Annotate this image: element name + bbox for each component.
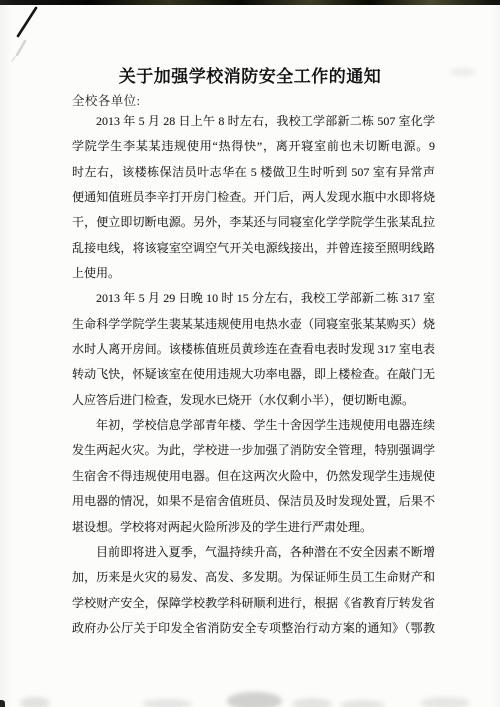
text-line: 政府办公厅关于印发全省消防安全专项整治行动方案的通知》（鄂教 <box>72 616 435 641</box>
text-line: 人应答后进门检查，发现水已烧开（水仅剩小半），便切断电源。 <box>72 388 435 413</box>
text-line: 生宿舍不得违规使用电器。但在这两次火险中，仍然发现学生违规使 <box>72 464 435 489</box>
salutation: 全校各单位: <box>72 91 140 109</box>
corner-ink-mark <box>0 700 5 707</box>
scan-smudge <box>142 699 192 707</box>
document-title: 关于加强学校消防安全工作的通知 <box>0 62 500 87</box>
text-line: 生命科学学院学生裴某某违规使用电热水壶（同寝室张某某购买）烧 <box>72 312 435 337</box>
text-line: 用电器的情况，如果不是宿舍值班员、保洁员及时发现处置，后果不 <box>72 489 435 514</box>
text-line: 转动飞快，怀疑该室在使用违规大功率电器，即上楼检查。在敲门无 <box>72 362 435 387</box>
scan-smudge <box>20 697 50 707</box>
text-line: 水时人离开房间。该楼栋值班员黄珍连在查看电表时发现 317 室电表 <box>72 337 435 362</box>
scan-smudge <box>227 692 282 707</box>
scanner-edge-artifact <box>0 0 500 5</box>
text-line: 时左右，该楼栋保洁员叶志华在 5 楼做卫生时听到 507 室有异常声音， <box>72 160 435 185</box>
paragraph: 2013 年 5 月 29 日晚 10 时 15 分左右，我校工学部新二栋 31… <box>72 286 435 413</box>
text-line: 目前即将进入夏季，气温持续升高，各种潜在不安全因素不断增 <box>72 540 435 565</box>
text-line: 年初，学校信息学部青年楼、学生十舍因学生违规使用电器连续 <box>72 413 435 438</box>
scan-smudge <box>292 698 332 707</box>
text-line: 干，便立即切断电源。另外，李某还与同寝室化学学院学生张某乱拉 <box>72 210 435 235</box>
paragraph: 2013 年 5 月 28 日上午 8 时左右，我校工学部新二栋 507 室化学… <box>72 109 435 286</box>
text-line: 堪设想。学校将对两起火险所涉及的学生进行严肃处理。 <box>72 515 435 540</box>
pen-mark <box>8 4 56 62</box>
text-line: 发生两起火灾。为此，学校进一步加强了消防安全管理，特别强调学 <box>72 438 435 463</box>
scan-smudge <box>340 700 385 707</box>
scanned-document-page: 关于加强学校消防安全工作的通知 全校各单位: 2013 年 5 月 28 日上午… <box>0 0 500 707</box>
document-body: 2013 年 5 月 28 日上午 8 时左右，我校工学部新二栋 507 室化学… <box>72 109 435 641</box>
text-line: 2013 年 5 月 28 日上午 8 时左右，我校工学部新二栋 507 室化学 <box>72 109 435 134</box>
text-line: 乱接电线，将该寝室空调空气开关电源线接出，并曾连接至照明线路 <box>72 236 435 261</box>
text-line: 学校财产安全，保障学校教学科研顺利进行，根据《省教育厅转发省 <box>72 591 435 616</box>
text-line: 便通知值班员李辛打开房门检查。开门后，两人发现水瓶中水即将烧 <box>72 185 435 210</box>
paragraph: 目前即将进入夏季，气温持续升高，各种潜在不安全因素不断增加，历来是火灾的易发、高… <box>72 540 435 641</box>
scan-smudge <box>420 697 470 707</box>
text-line: 加，历来是火灾的易发、高发、多发期。为保证师生员工生命财产和 <box>72 565 435 590</box>
paragraph: 年初，学校信息学部青年楼、学生十舍因学生违规使用电器连续发生两起火灾。为此，学校… <box>72 413 435 540</box>
text-line: 学院学生李某某违规使用“热得快”，离开寝室前也未切断电源。9 <box>72 134 435 159</box>
text-line: 上使用。 <box>72 261 435 286</box>
text-line: 2013 年 5 月 29 日晚 10 时 15 分左右，我校工学部新二栋 31… <box>72 286 435 311</box>
